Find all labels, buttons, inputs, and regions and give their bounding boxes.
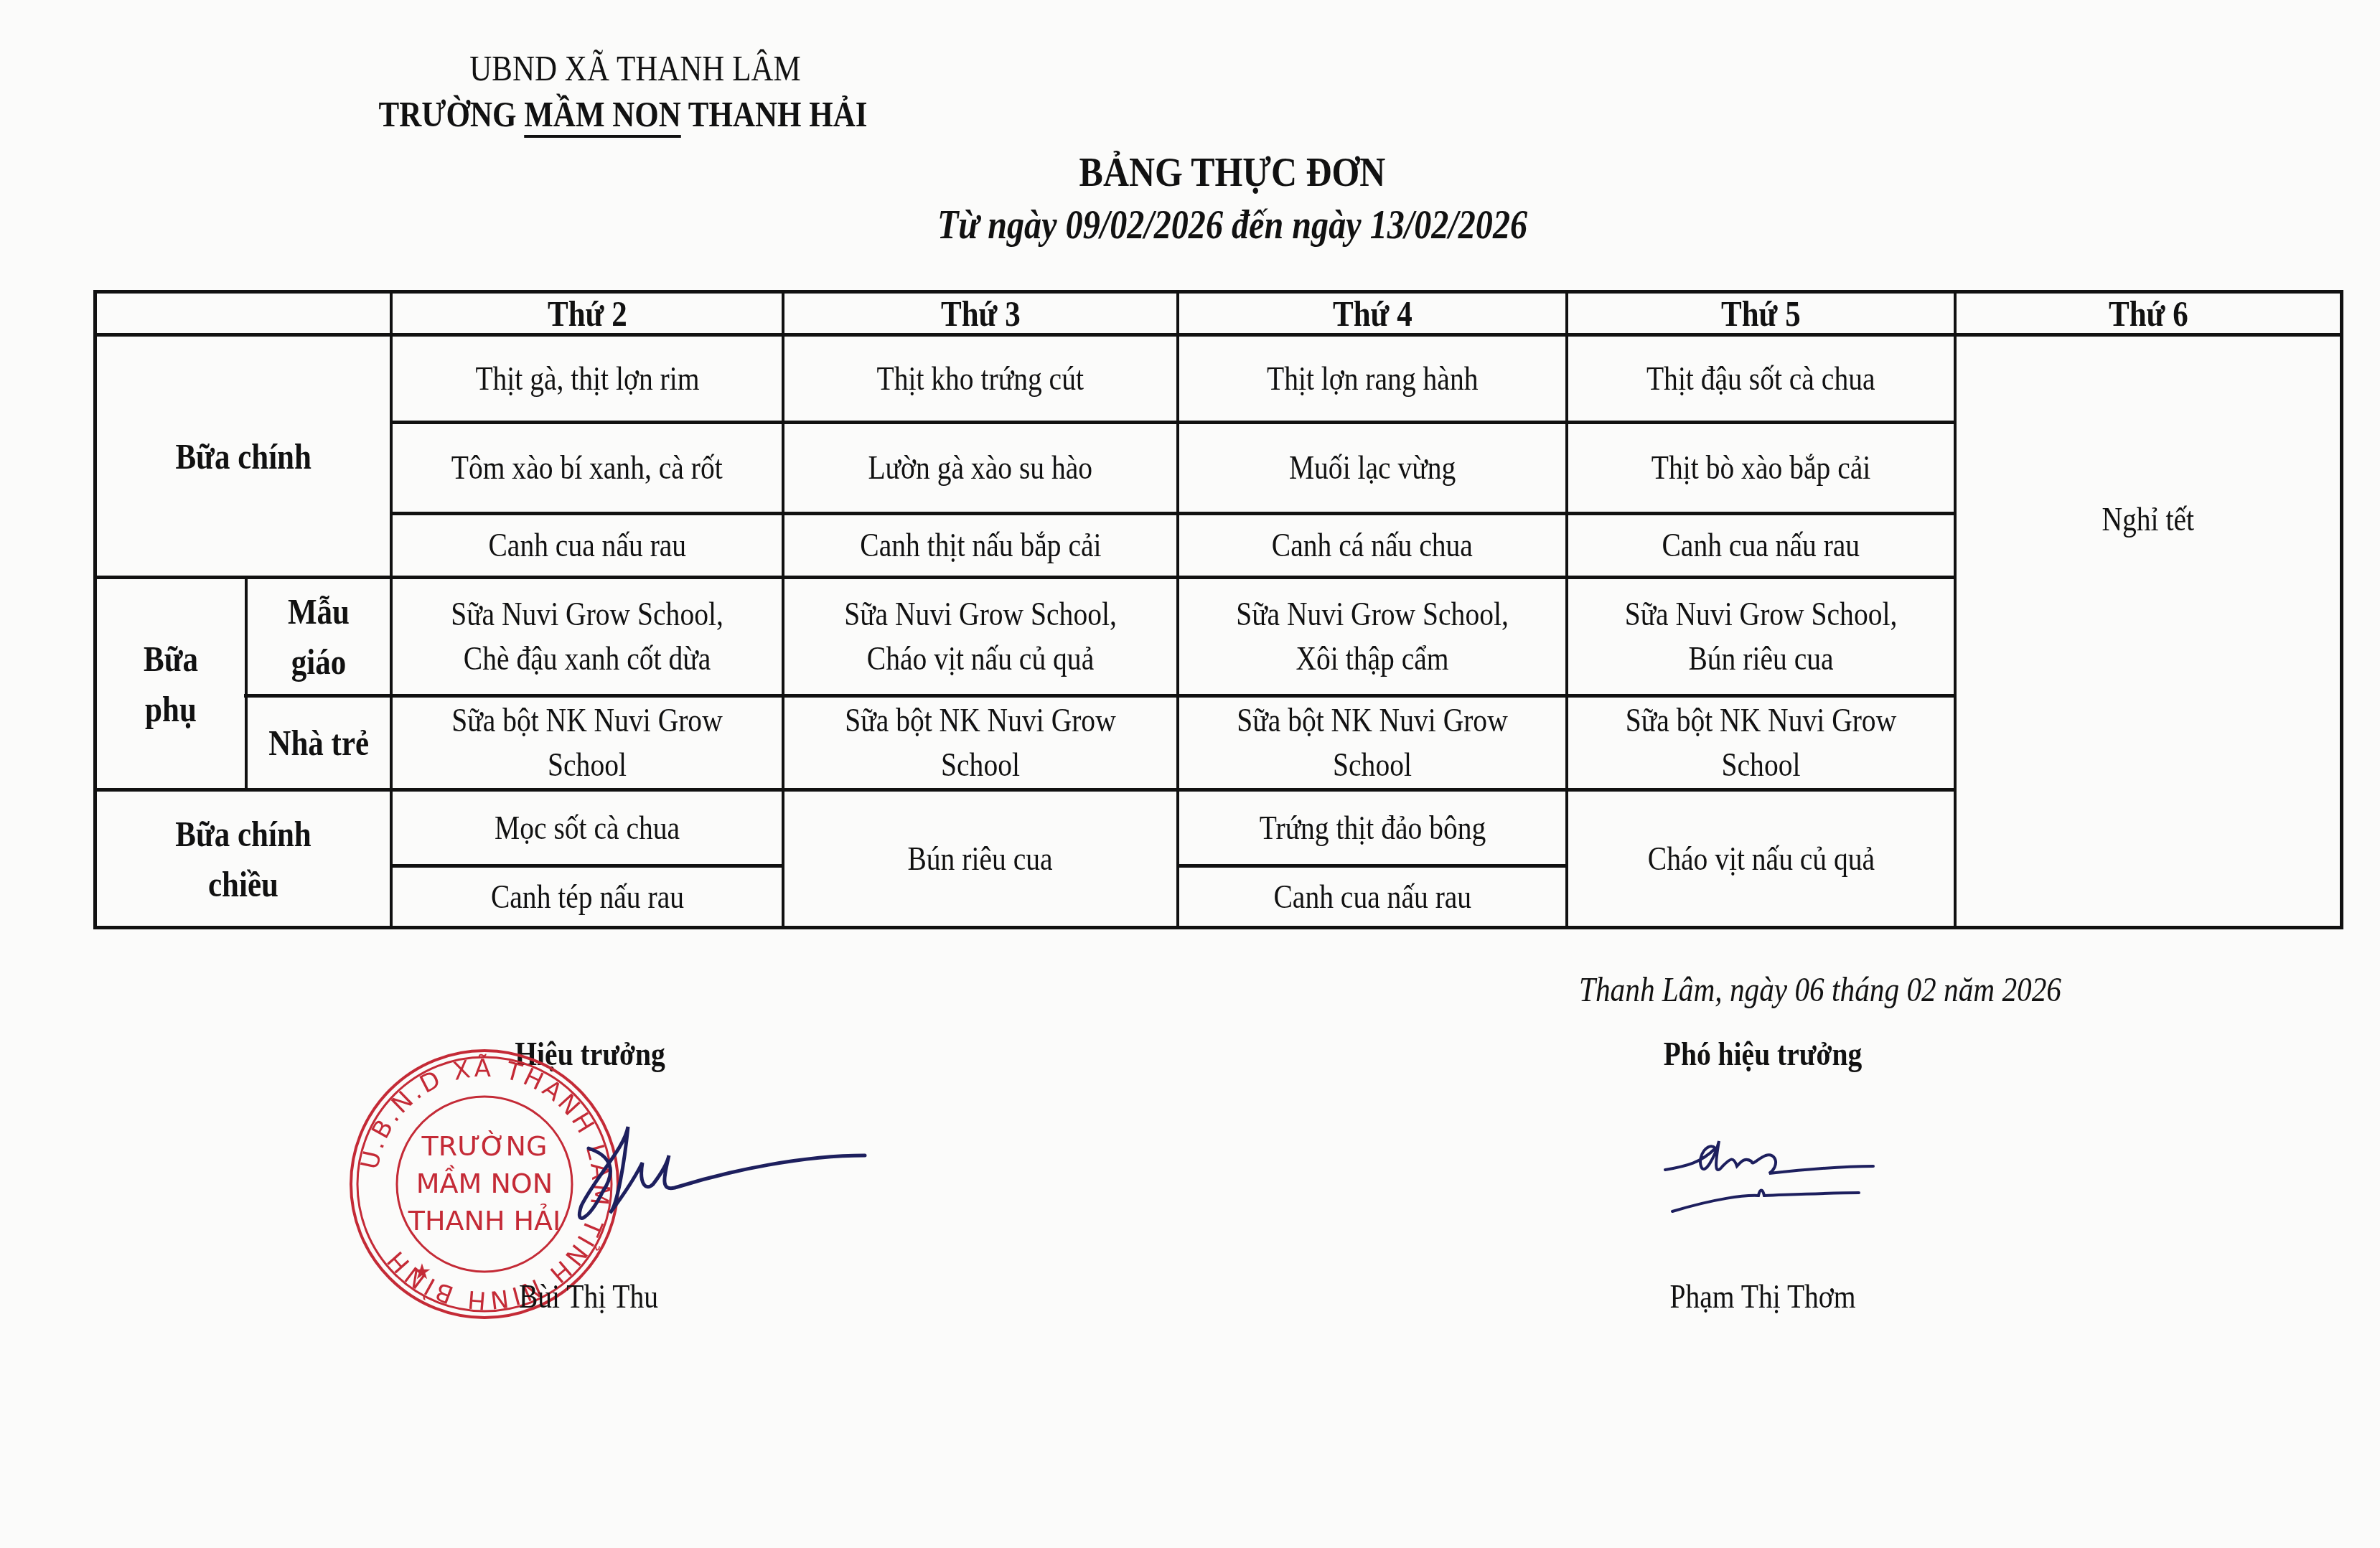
main-meal-tue-dish-2: Lườn gà xào su hào — [784, 424, 1176, 512]
afternoon-mon-dish-1: Mọc sốt cà chua — [393, 792, 782, 864]
principal-signature-icon — [502, 1120, 876, 1249]
label-kindergarten: Mẫu giáo — [248, 579, 390, 694]
authority-name: UBND XÃ THANH LÂM — [443, 47, 828, 89]
main-meal-wed-dish-2: Muối lạc vừng — [1179, 424, 1565, 512]
label-afternoon-main: Bữa chính chiều — [97, 792, 390, 926]
snack-kindergarten-thu: Sữa Nuvi Grow School, Bún riêu cua — [1568, 579, 1954, 694]
main-meal-thu-dish-2: Thịt bò xào bắp cải — [1568, 424, 1954, 512]
date-range: Từ ngày 09/02/2026 đến ngày 13/02/2026 — [889, 202, 1575, 248]
label-main-meal: Bữa chính — [97, 337, 390, 576]
svg-text:★: ★ — [413, 1259, 432, 1285]
document-title: BẢNG THỰC ĐƠN — [1054, 148, 1410, 196]
main-meal-mon-dish-2: Tôm xào bí xanh, cà rốt — [393, 424, 782, 512]
main-meal-wed-dish-3: Canh cá nấu chua — [1179, 515, 1565, 576]
place-date: Thanh Lâm, ngày 06 tháng 02 năm 2026 — [1579, 970, 2140, 1010]
label-nursery: Nhà trẻ — [248, 698, 390, 788]
main-meal-mon-dish-1: Thịt gà, thịt lợn rim — [393, 337, 782, 421]
header-tuesday: Thứ 3 — [784, 294, 1176, 333]
snack-kindergarten-tue: Sữa Nuvi Grow School, Cháo vịt nấu củ qu… — [784, 579, 1176, 694]
vice-principal-name: Phạm Thị Thơm — [1654, 1277, 1870, 1315]
header-friday: Thứ 6 — [1957, 294, 2340, 333]
vice-principal-signature-icon — [1658, 1127, 1895, 1227]
afternoon-mon-dish-2: Canh tép nấu rau — [393, 868, 782, 926]
snack-nursery-thu: Sữa bột NK Nuvi Grow School — [1568, 698, 1954, 788]
afternoon-tue-dish: Bún riêu cua — [784, 792, 1176, 926]
main-meal-tue-dish-3: Canh thịt nấu bắp cải — [784, 515, 1176, 576]
afternoon-wed-dish-1: Trứng thịt đảo bông — [1179, 792, 1565, 864]
snack-nursery-mon: Sữa bột NK Nuvi Grow School — [393, 698, 782, 788]
friday-holiday: Nghỉ tết — [1957, 473, 2340, 566]
afternoon-wed-dish-2: Canh cua nấu rau — [1179, 868, 1565, 926]
vice-principal-title: Phó hiệu trưởng — [1647, 1035, 1878, 1073]
main-meal-tue-dish-1: Thịt kho trứng cút — [784, 337, 1176, 421]
main-meal-mon-dish-3: Canh cua nấu rau — [393, 515, 782, 576]
main-meal-thu-dish-3: Canh cua nấu rau — [1568, 515, 1954, 576]
main-meal-wed-dish-1: Thịt lợn rang hành — [1179, 337, 1565, 421]
header-thursday: Thứ 5 — [1568, 294, 1954, 333]
main-meal-thu-dish-1: Thịt đậu sốt cà chua — [1568, 337, 1954, 421]
snack-nursery-tue: Sữa bột NK Nuvi Grow School — [784, 698, 1176, 788]
snack-nursery-wed: Sữa bột NK Nuvi Grow School — [1179, 698, 1565, 788]
principal-name: Bùi Thị Thu — [507, 1277, 670, 1315]
header-monday: Thứ 2 — [393, 294, 782, 333]
label-snack: Bữa phụ — [97, 579, 245, 788]
afternoon-thu-dish: Cháo vịt nấu củ quả — [1568, 792, 1954, 926]
school-name: TRƯỜNG MẦM NON THANH HẢI — [339, 93, 907, 135]
snack-kindergarten-wed: Sữa Nuvi Grow School, Xôi thập cẩm — [1179, 579, 1565, 694]
menu-table: Thứ 2 Thứ 3 Thứ 4 Thứ 5 Thứ 6 Bữa chính … — [93, 290, 2343, 929]
snack-kindergarten-mon: Sữa Nuvi Grow School, Chè đậu xanh cốt d… — [393, 579, 782, 694]
header-wednesday: Thứ 4 — [1179, 294, 1565, 333]
